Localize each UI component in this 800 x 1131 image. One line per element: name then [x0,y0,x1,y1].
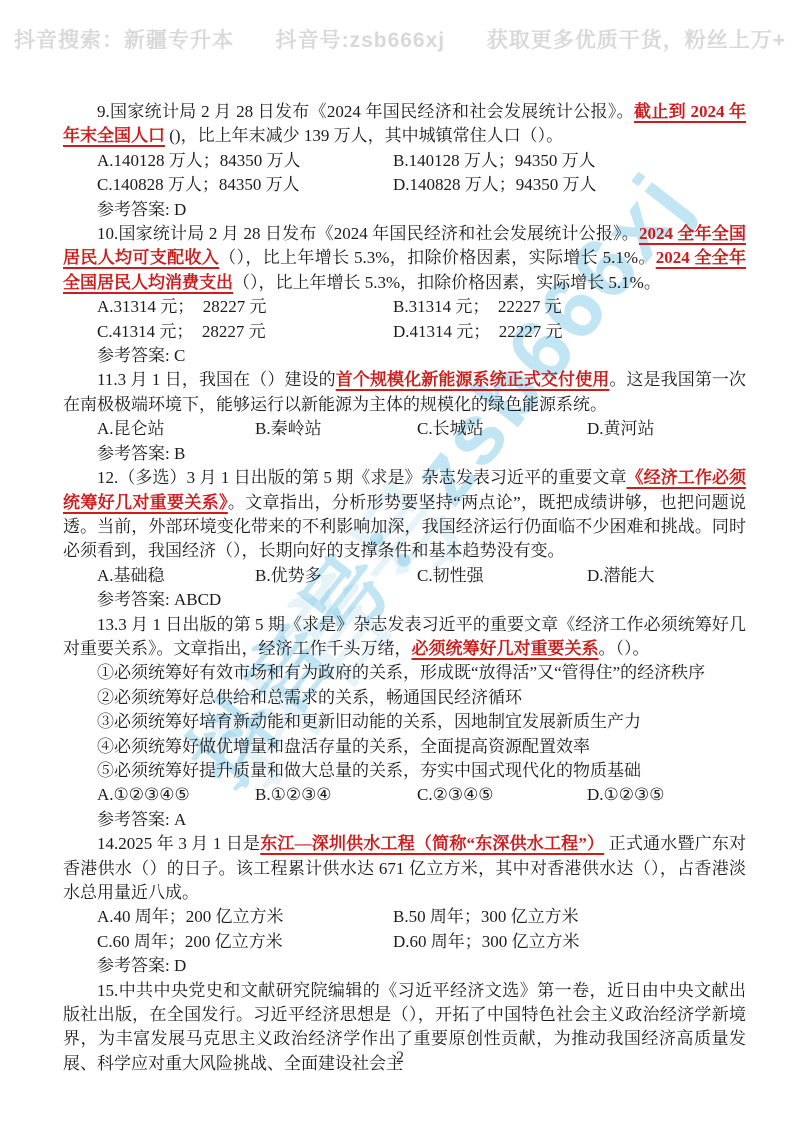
option-cell: A.①②③④⑤ [97,783,255,807]
option-cell: D.①②③⑤ [587,783,746,807]
option-cell: B.①②③④ [255,783,417,807]
option-cell: C.长城站 [417,417,587,441]
options-row: C.140828 万人；84350 万人D.140828 万人；94350 万人 [63,173,746,197]
promo-header-account: 抖音号:zsb666xj [276,24,446,54]
stem-text: 14.2025 年 3 月 1 日是 [97,834,260,853]
question-0: 9.国家统计局 2 月 28 日发布《2024 年国民经济和社会发展统计公报》。… [63,100,746,222]
answer-line: 参考答案: D [63,198,746,222]
promo-header-search: 抖音搜索：新疆专升本 [14,24,234,54]
statement-item: ⑤必须统筹好提升质量和做大总量的关系，夯实中国式现代化的物质基础 [63,759,746,783]
answer-line: 参考答案: ABCD [63,588,746,612]
stem-text: （），比上年增长 5.3%，扣除价格因素，实际增长 5.1%。 [233,273,661,292]
question-1: 10.国家统计局 2 月 28 日发布《2024 年国民经济和社会发展统计公报》… [63,222,746,368]
stem-text: 。（）。 [599,639,650,658]
question-2: 11.3 月 1 日，我国在（）建设的首个规模化新能源系统正式交付使用。这是我国… [63,368,746,466]
option-cell: A.31314 元； 28227 元 [97,295,393,319]
question-stem: 13.3 月 1 日出版的第 5 期《求是》杂志发表习近平的重要文章《经济工作必… [63,613,746,662]
options-row: A.基础稳B.优势多C.韧性强D.潜能大 [63,564,746,588]
option-cell: D.潜能大 [587,564,746,588]
options-row: A.140128 万人；84350 万人B.140128 万人；94350 万人 [63,149,746,173]
options-row: A.40 周年；200 亿立方米B.50 周年；300 亿立方米 [63,905,746,929]
answer-line: 参考答案: A [63,808,746,832]
option-cell: B.31314 元； 22227 元 [393,295,746,319]
statement-item: ③必须统筹好培育新动能和更新旧动能的关系，因地制宜发展新质生产力 [63,710,746,734]
page-number: 2 [0,1049,800,1067]
document-page: 抖音搜索：新疆专升本 抖音号:zsb666xj 获取更多优质干货，粉丝上万+ 抖… [0,0,800,1131]
statement-item: ①必须统筹好有效市场和有为政府的关系，形成既“放得活”又“管得住”的经济秩序 [63,661,746,685]
option-cell: B.140128 万人；94350 万人 [393,149,746,173]
option-cell: A.昆仑站 [97,417,255,441]
statement-item: ④必须统筹好做优增量和盘活存量的关系，全面提高资源配置效率 [63,735,746,759]
question-stem: 10.国家统计局 2 月 28 日发布《2024 年国民经济和社会发展统计公报》… [63,222,746,295]
option-cell: C.41314 元； 28227 元 [97,320,393,344]
option-cell: B.优势多 [255,564,417,588]
answer-line: 参考答案: D [63,954,746,978]
option-cell: C.60 周年；200 亿立方米 [97,930,393,954]
option-cell: D.41314 元； 22227 元 [393,320,746,344]
options-row: C.41314 元； 28227 元D.41314 元； 22227 元 [63,320,746,344]
options-row: C.60 周年；200 亿立方米D.60 周年；300 亿立方米 [63,930,746,954]
options-row: A.31314 元； 28227 元B.31314 元； 22227 元 [63,295,746,319]
options-row: A.昆仑站B.秦岭站C.长城站D.黄河站 [63,417,746,441]
question-5: 14.2025 年 3 月 1 日是东江—深圳供水工程（简称“东深供水工程”） … [63,832,746,978]
option-cell: D.黄河站 [587,417,746,441]
stem-text: 10.国家统计局 2 月 28 日发布《2024 年国民经济和社会发展统计公报》… [97,224,639,243]
options-row: A.①②③④⑤B.①②③④C.②③④⑤D.①②③⑤ [63,783,746,807]
option-cell: C.韧性强 [417,564,587,588]
option-cell: A.基础稳 [97,564,255,588]
stem-highlight: 首个规模化新能源系统正式交付使用 [336,370,610,389]
question-stem: 12.（多选）3 月 1 日出版的第 5 期《求是》杂志发表习近平的重要文章《经… [63,466,746,564]
option-cell: D.60 周年；300 亿立方米 [393,930,746,954]
option-cell: A.140128 万人；84350 万人 [97,149,393,173]
promo-header: 抖音搜索：新疆专升本 抖音号:zsb666xj 获取更多优质干货，粉丝上万+ [0,24,800,54]
option-cell: B.50 周年；300 亿立方米 [393,905,746,929]
stem-text: 11.3 月 1 日，我国在（）建设的 [97,370,336,389]
question-3: 12.（多选）3 月 1 日出版的第 5 期《求是》杂志发表习近平的重要文章《经… [63,466,746,612]
option-cell: C.140828 万人；84350 万人 [97,173,393,197]
option-cell: B.秦岭站 [255,417,417,441]
stem-text: ()，比上年末减少 139 万人，其中城镇常住人口（）。 [165,126,563,145]
question-stem: 9.国家统计局 2 月 28 日发布《2024 年国民经济和社会发展统计公报》。… [63,100,746,149]
stem-text: （），比上年增长 5.3%，扣除价格因素，实际增长 5.1%。 [219,248,656,267]
answer-line: 参考答案: C [63,344,746,368]
stem-highlight: 东江—深圳供水工程（简称“东深供水工程”） [260,834,604,853]
statement-item: ②必须统筹好总供给和总需求的关系，畅通国民经济循环 [63,686,746,710]
option-cell: A.40 周年；200 亿立方米 [97,905,393,929]
option-cell: D.140828 万人；94350 万人 [393,173,746,197]
answer-line: 参考答案: B [63,442,746,466]
question-4: 13.3 月 1 日出版的第 5 期《求是》杂志发表习近平的重要文章《经济工作必… [63,613,746,833]
questions: 9.国家统计局 2 月 28 日发布《2024 年国民经济和社会发展统计公报》。… [63,100,746,1076]
stem-text: 12.（多选）3 月 1 日出版的第 5 期《求是》杂志发表习近平的重要文章 [97,468,627,487]
stem-highlight: 必须统筹好几对重要关系 [412,639,599,658]
question-stem: 14.2025 年 3 月 1 日是东江—深圳供水工程（简称“东深供水工程”） … [63,832,746,905]
question-stem: 11.3 月 1 日，我国在（）建设的首个规模化新能源系统正式交付使用。这是我国… [63,368,746,417]
stem-text: 9.国家统计局 2 月 28 日发布《2024 年国民经济和社会发展统计公报》。 [97,102,634,121]
promo-header-slogan: 获取更多优质干货，粉丝上万+ [487,24,786,54]
option-cell: C.②③④⑤ [417,783,587,807]
